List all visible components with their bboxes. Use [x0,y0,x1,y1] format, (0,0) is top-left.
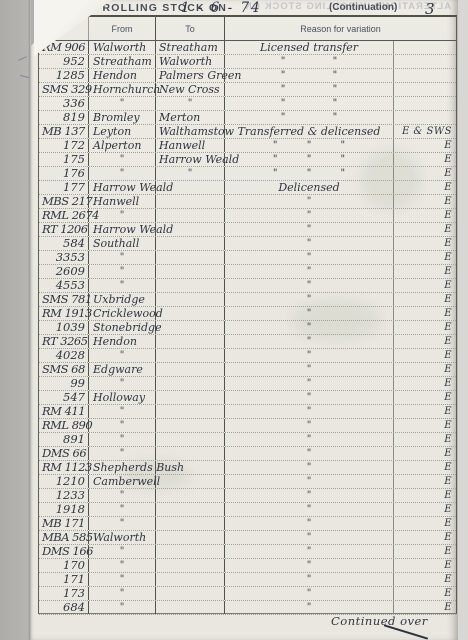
cell-note [394,69,456,82]
cell-reason: " [225,545,394,558]
cell-fleet-number: RT 3265 [39,335,89,348]
cell-reason: " " " [225,139,394,152]
cell-note: E [394,181,456,194]
cell-from-garage: " [89,573,156,586]
table-row: SMS 781Uxbridge"E [39,293,456,307]
column-header-reason: Reason for variation [225,17,456,40]
cell-to-garage [156,251,225,264]
cell-reason: " [225,573,394,586]
footer-note-handwritten: Continued over [331,614,428,628]
cell-note: E [394,433,456,446]
cell-from-garage: Harrow Weald [89,223,156,236]
cell-to-garage: New Cross [156,83,225,96]
cell-reason: " [225,279,394,292]
table-row: 171""E [39,573,456,587]
cell-fleet-number: 176 [39,167,89,180]
cell-reason: " [225,293,394,306]
cell-fleet-number: 1285 [39,69,89,82]
cell-note: E [394,251,456,264]
margin-mark [20,75,29,78]
cell-reason: " [225,321,394,334]
cell-fleet-number: 891 [39,433,89,446]
cell-from-garage: Cricklewood [89,307,156,320]
cell-from-garage: " [89,265,156,278]
cell-note: E [394,559,456,572]
cell-note: E [394,279,456,292]
cell-note: E [394,265,456,278]
cell-fleet-number: 4028 [39,349,89,362]
cell-from-garage: Shepherds Bush [89,461,156,474]
cell-to-garage [156,531,225,544]
cell-reason: " [225,531,394,544]
cell-to-garage [156,265,225,278]
table-row: 584Southall"E [39,237,456,251]
table-row: RM 411""E [39,405,456,419]
cell-note: E [394,461,456,474]
cell-fleet-number: RM 1913 [39,307,89,320]
cell-to-garage [156,489,225,502]
table-row: RM 1123Shepherds Bush"E [39,461,456,475]
cell-reason: " [225,377,394,390]
cell-from-garage: " [89,153,156,166]
cell-from-garage: Hornchurch [89,83,156,96]
cell-to-garage [156,321,225,334]
cell-from-garage: " [89,377,156,390]
cell-to-garage: Walworth [156,55,225,68]
cell-note: E [394,139,456,152]
cell-from-garage: Hendon [89,69,156,82]
cell-note: E [394,447,456,460]
cell-fleet-number: 952 [39,55,89,68]
cell-fleet-number: 1210 [39,475,89,488]
cell-from-garage: " [89,559,156,572]
cell-to-garage: Harrow Weald [156,153,225,166]
table-row: 819BromleyMerton" " [39,111,456,125]
cell-to-garage: Streatham [156,41,225,54]
cell-fleet-number: 1918 [39,503,89,516]
cell-to-garage [156,237,225,250]
table-row: 173""E [39,587,456,601]
cell-note: E [394,335,456,348]
cell-note: E [394,405,456,418]
cell-from-garage: " [89,503,156,516]
cell-fleet-number: RT 1206 [39,223,89,236]
cell-from-garage: " [89,209,156,222]
table-row: 952StreathamWalworth" " [39,55,456,69]
cell-reason: " [225,475,394,488]
cell-to-garage [156,545,225,558]
table-row: MB 137LeytonWalthamstowTransferred & del… [39,125,456,139]
table-row: 3353""E [39,251,456,265]
cell-reason: " [225,559,394,572]
cell-fleet-number: 1039 [39,321,89,334]
cell-reason: " " " [225,153,394,166]
cell-from-garage: Walworth [89,531,156,544]
cell-fleet-number: 3353 [39,251,89,264]
cell-note: E [394,307,456,320]
cell-fleet-number: 584 [39,237,89,250]
table-row: 1210Camberwell"E [39,475,456,489]
cell-note [394,83,456,96]
table-row: 175"Harrow Weald" " "E [39,153,456,167]
table-row: 177Harrow WealdDelicensedE [39,181,456,195]
cell-note [394,111,456,124]
table-row: RT 3265Hendon"E [39,335,456,349]
cell-fleet-number: SMS 68 [39,363,89,376]
cell-reason: " [225,209,394,222]
cell-fleet-number: DMS 166 [39,545,89,558]
cell-reason: " " [225,55,394,68]
cell-note: E [394,587,456,600]
cell-from-garage: Southall [89,237,156,250]
cell-to-garage [156,335,225,348]
cell-note: E [394,153,456,166]
cell-to-garage [156,307,225,320]
cell-from-garage: Harrow Weald [89,181,156,194]
cell-to-garage [156,559,225,572]
table-row: RM 1913Cricklewood"E [39,307,456,321]
paper-sheet: ALTERATIONS IN ROLLING STOCK ON ONS IN R… [31,0,458,640]
cell-to-garage: Palmers Green [156,69,225,82]
cell-note: E [394,363,456,376]
table-body: RM 906WalworthStreathamLicensed transfer… [39,41,456,615]
cell-fleet-number: 547 [39,391,89,404]
cell-from-garage: " [89,545,156,558]
cell-reason: " [225,251,394,264]
cell-to-garage [156,209,225,222]
cell-note: E [394,293,456,306]
cell-note: E [394,167,456,180]
margin-mark [18,56,27,61]
cell-from-garage: Bromley [89,111,156,124]
cell-from-garage: " [89,587,156,600]
cell-reason: " [225,517,394,530]
table-row: 176""" " "E [39,167,456,181]
cell-from-garage: Leyton [89,125,156,138]
cell-fleet-number: 336 [39,97,89,110]
table-row: SMS 329HornchurchNew Cross" " [39,83,456,97]
cell-fleet-number: 99 [39,377,89,390]
cell-fleet-number: DMS 66 [39,447,89,460]
cell-reason: " [225,195,394,208]
cell-to-garage [156,391,225,404]
table-row: RML 890""E [39,419,456,433]
column-header-to: To [156,17,225,40]
cell-to-garage [156,447,225,460]
cell-from-garage: Edgware [89,363,156,376]
table-row: 547Holloway"E [39,391,456,405]
cell-fleet-number: 171 [39,573,89,586]
cell-to-garage [156,349,225,362]
cell-fleet-number: 177 [39,181,89,194]
cell-reason: Delicensed [225,181,394,194]
cell-note [394,41,456,54]
cell-reason: " [225,503,394,516]
cell-note: E [394,223,456,236]
cell-fleet-number: 1233 [39,489,89,502]
table-row: MBS 217Hanwell"E [39,195,456,209]
date-handwritten: 1 - 6 - 74 [181,0,262,16]
table-row: RM 906WalworthStreathamLicensed transfer [39,41,456,55]
cell-reason: " [225,419,394,432]
table-row: 336""" " [39,97,456,111]
cell-fleet-number: MB 171 [39,517,89,530]
cell-fleet-number: 684 [39,601,89,614]
cell-to-garage: " [156,97,225,110]
table-row: 1233""E [39,489,456,503]
cell-note: E [394,321,456,334]
cell-to-garage [156,181,225,194]
table-row: SMS 68Edgware"E [39,363,456,377]
cell-note: E [394,391,456,404]
cell-reason: " [225,489,394,502]
table-row: DMS 166""E [39,545,456,559]
cell-reason: " [225,265,394,278]
cell-reason: " [225,391,394,404]
table-row: DMS 66""E [39,447,456,461]
cell-fleet-number: MB 137 [39,125,89,138]
table-row: 1285HendonPalmers Green" " [39,69,456,83]
cell-to-garage: Hanwell [156,139,225,152]
cell-note: E [394,489,456,502]
cell-from-garage: " [89,517,156,530]
cell-note: E [394,195,456,208]
cell-fleet-number: SMS 781 [39,293,89,306]
cell-to-garage [156,195,225,208]
cell-reason: " " " [225,167,394,180]
cell-from-garage: Hanwell [89,195,156,208]
cell-fleet-number: RM 411 [39,405,89,418]
cell-note [394,55,456,68]
cell-reason: " [225,223,394,236]
cell-from-garage: Stonebridge [89,321,156,334]
cell-from-garage: " [89,405,156,418]
cell-to-garage [156,517,225,530]
cell-note: E [394,209,456,222]
cell-to-garage [156,363,225,376]
cell-note [394,97,456,110]
table-row: 891""E [39,433,456,447]
cell-reason: " [225,587,394,600]
cell-reason: " [225,433,394,446]
cell-note: E [394,377,456,390]
cell-from-garage: " [89,489,156,502]
cell-from-garage: " [89,601,156,614]
cell-note: E [394,475,456,488]
table-row: RML 2674""E [39,209,456,223]
cell-fleet-number: 175 [39,153,89,166]
table-row: RT 1206Harrow Weald"E [39,223,456,237]
rolling-stock-table: ber From To Reason for variation RM 906W… [38,15,457,614]
cell-to-garage [156,587,225,600]
cell-note: E [394,349,456,362]
cell-reason: " [225,307,394,320]
cell-reason: " " [225,111,394,124]
table-row: 99""E [39,377,456,391]
cell-note: E [394,237,456,250]
cell-reason: " [225,237,394,250]
cell-fleet-number: 170 [39,559,89,572]
cell-note: E [394,545,456,558]
cell-fleet-number: 2609 [39,265,89,278]
cell-to-garage [156,573,225,586]
cell-reason: " " [225,83,394,96]
cell-from-garage: " [89,279,156,292]
cell-reason: Transferred & delicensed [225,125,394,138]
cell-from-garage: Holloway [89,391,156,404]
cell-note: E & SWS [394,125,456,138]
cell-to-garage [156,223,225,236]
cell-from-garage: " [89,251,156,264]
cell-from-garage: " [89,97,156,110]
cell-reason: " [225,405,394,418]
table-row: 172AlpertonHanwell" " "E [39,139,456,153]
scanned-page: ALTERATIONS IN ROLLING STOCK ON ONS IN R… [0,0,468,640]
cell-to-garage [156,377,225,390]
cell-fleet-number: 819 [39,111,89,124]
cell-to-garage [156,461,225,474]
table-row: 1039Stonebridge"E [39,321,456,335]
column-header-from: From [89,17,156,40]
table-row: 2609""E [39,265,456,279]
cell-note: E [394,601,456,614]
cell-from-garage: " [89,419,156,432]
cell-to-garage [156,419,225,432]
cell-to-garage [156,405,225,418]
cell-reason: " " [225,97,394,110]
cell-from-garage: Alperton [89,139,156,152]
cell-fleet-number: SMS 329 [39,83,89,96]
cell-to-garage [156,503,225,516]
cell-from-garage: " [89,349,156,362]
cell-note: E [394,573,456,586]
cell-reason: " [225,363,394,376]
cell-fleet-number: 172 [39,139,89,152]
cell-from-garage: Uxbridge [89,293,156,306]
cell-note: E [394,517,456,530]
cell-fleet-number: RML 2674 [39,209,89,222]
cell-to-garage: Walthamstow [156,125,225,138]
cell-to-garage: " [156,167,225,180]
table-row: 4028""E [39,349,456,363]
table-row: MBA 585Walworth"E [39,531,456,545]
table-row: MB 171""E [39,517,456,531]
table-row: 684""E [39,601,456,615]
cell-from-garage: Camberwell [89,475,156,488]
cell-fleet-number: RM 1123 [39,461,89,474]
continuation-label: (Continuation) [329,2,397,13]
cell-from-garage: " [89,447,156,460]
cell-fleet-number: MBS 217 [39,195,89,208]
cell-reason: Licensed transfer [225,41,394,54]
cell-fleet-number: 4553 [39,279,89,292]
cell-note: E [394,531,456,544]
cell-reason: " [225,461,394,474]
table-row: 4553""E [39,279,456,293]
cell-to-garage [156,601,225,614]
cell-note: E [394,419,456,432]
cell-reason: " [225,601,394,614]
cell-note: E [394,503,456,516]
cell-from-garage: " [89,167,156,180]
cell-reason: " [225,349,394,362]
cell-to-garage [156,475,225,488]
table-row: 170""E [39,559,456,573]
cell-from-garage: " [89,433,156,446]
cell-reason: " " [225,69,394,82]
table-row: 1918""E [39,503,456,517]
cell-from-garage: Walworth [89,41,156,54]
cell-to-garage: Merton [156,111,225,124]
cell-reason: " [225,335,394,348]
cell-from-garage: Streatham [89,55,156,68]
cell-to-garage [156,433,225,446]
cell-fleet-number: 173 [39,587,89,600]
cell-reason: " [225,447,394,460]
cell-fleet-number: RML 890 [39,419,89,432]
cell-from-garage: Hendon [89,335,156,348]
cell-to-garage [156,293,225,306]
cell-fleet-number: MBA 585 [39,531,89,544]
cell-to-garage [156,279,225,292]
table-header-row: ber From To Reason for variation [39,17,456,41]
